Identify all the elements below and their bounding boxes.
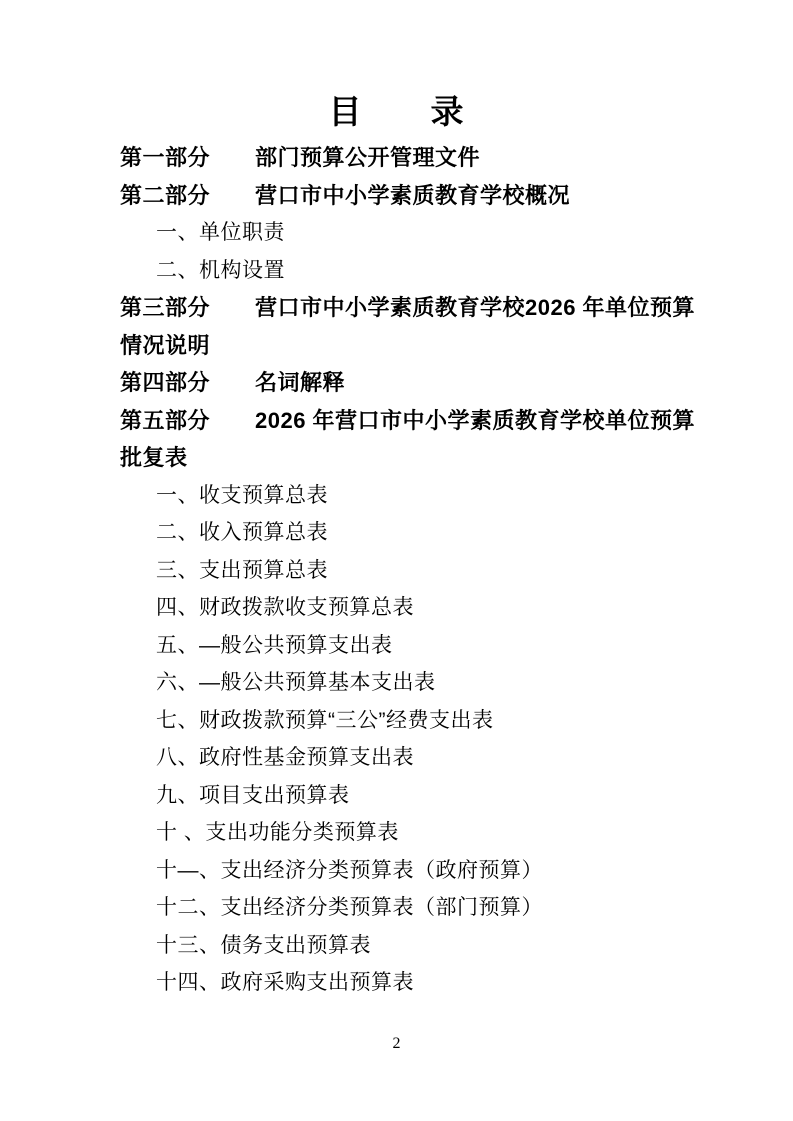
- toc-item: 十—、支出经济分类预算表（政府预算）: [120, 852, 700, 890]
- toc-item: 五、—般公共预算支出表: [120, 627, 700, 665]
- toc-item: 一、单位职责: [120, 214, 700, 252]
- page-number: 2: [0, 1035, 793, 1053]
- toc-item: 二、收入预算总表: [120, 514, 700, 552]
- toc-item: 四、财政拨款收支预算总表: [120, 589, 700, 627]
- toc-item: 十二、支出经济分类预算表（部门预算）: [120, 889, 700, 927]
- toc-section-heading: 情况说明: [120, 327, 700, 365]
- toc-item: 九、项目支出预算表: [120, 777, 700, 815]
- toc-section-heading: 第三部分 营口市中小学素质教育学校2026 年单位预算: [120, 289, 700, 327]
- toc-item: 八、政府性基金预算支出表: [120, 739, 700, 777]
- toc-section-heading: 批复表: [120, 439, 700, 477]
- toc-section-heading: 第一部分 部门预算公开管理文件: [120, 139, 700, 177]
- toc-item: 七、财政拨款预算“三公”经费支出表: [120, 702, 700, 740]
- toc-item: 三、支出预算总表: [120, 552, 700, 590]
- toc-section-heading: 第二部分 营口市中小学素质教育学校概况: [120, 177, 700, 215]
- toc-item: 一、收支预算总表: [120, 477, 700, 515]
- toc-item: 六、—般公共预算基本支出表: [120, 664, 700, 702]
- toc-item: 十 、支出功能分类预算表: [120, 814, 700, 852]
- table-of-contents: 第一部分 部门预算公开管理文件第二部分 营口市中小学素质教育学校概况一、单位职责…: [120, 139, 700, 1002]
- toc-item: 十四、政府采购支出预算表: [120, 964, 700, 1002]
- toc-section-heading: 第五部分 2026 年营口市中小学素质教育学校单位预算: [120, 402, 700, 440]
- toc-section-heading: 第四部分 名词解释: [120, 364, 700, 402]
- toc-item: 十三、债务支出预算表: [120, 927, 700, 965]
- toc-item: 二、机构设置: [120, 252, 700, 290]
- page-title: 目 录: [0, 90, 793, 134]
- document-page: 目 录 第一部分 部门预算公开管理文件第二部分 营口市中小学素质教育学校概况一、…: [0, 0, 793, 1121]
